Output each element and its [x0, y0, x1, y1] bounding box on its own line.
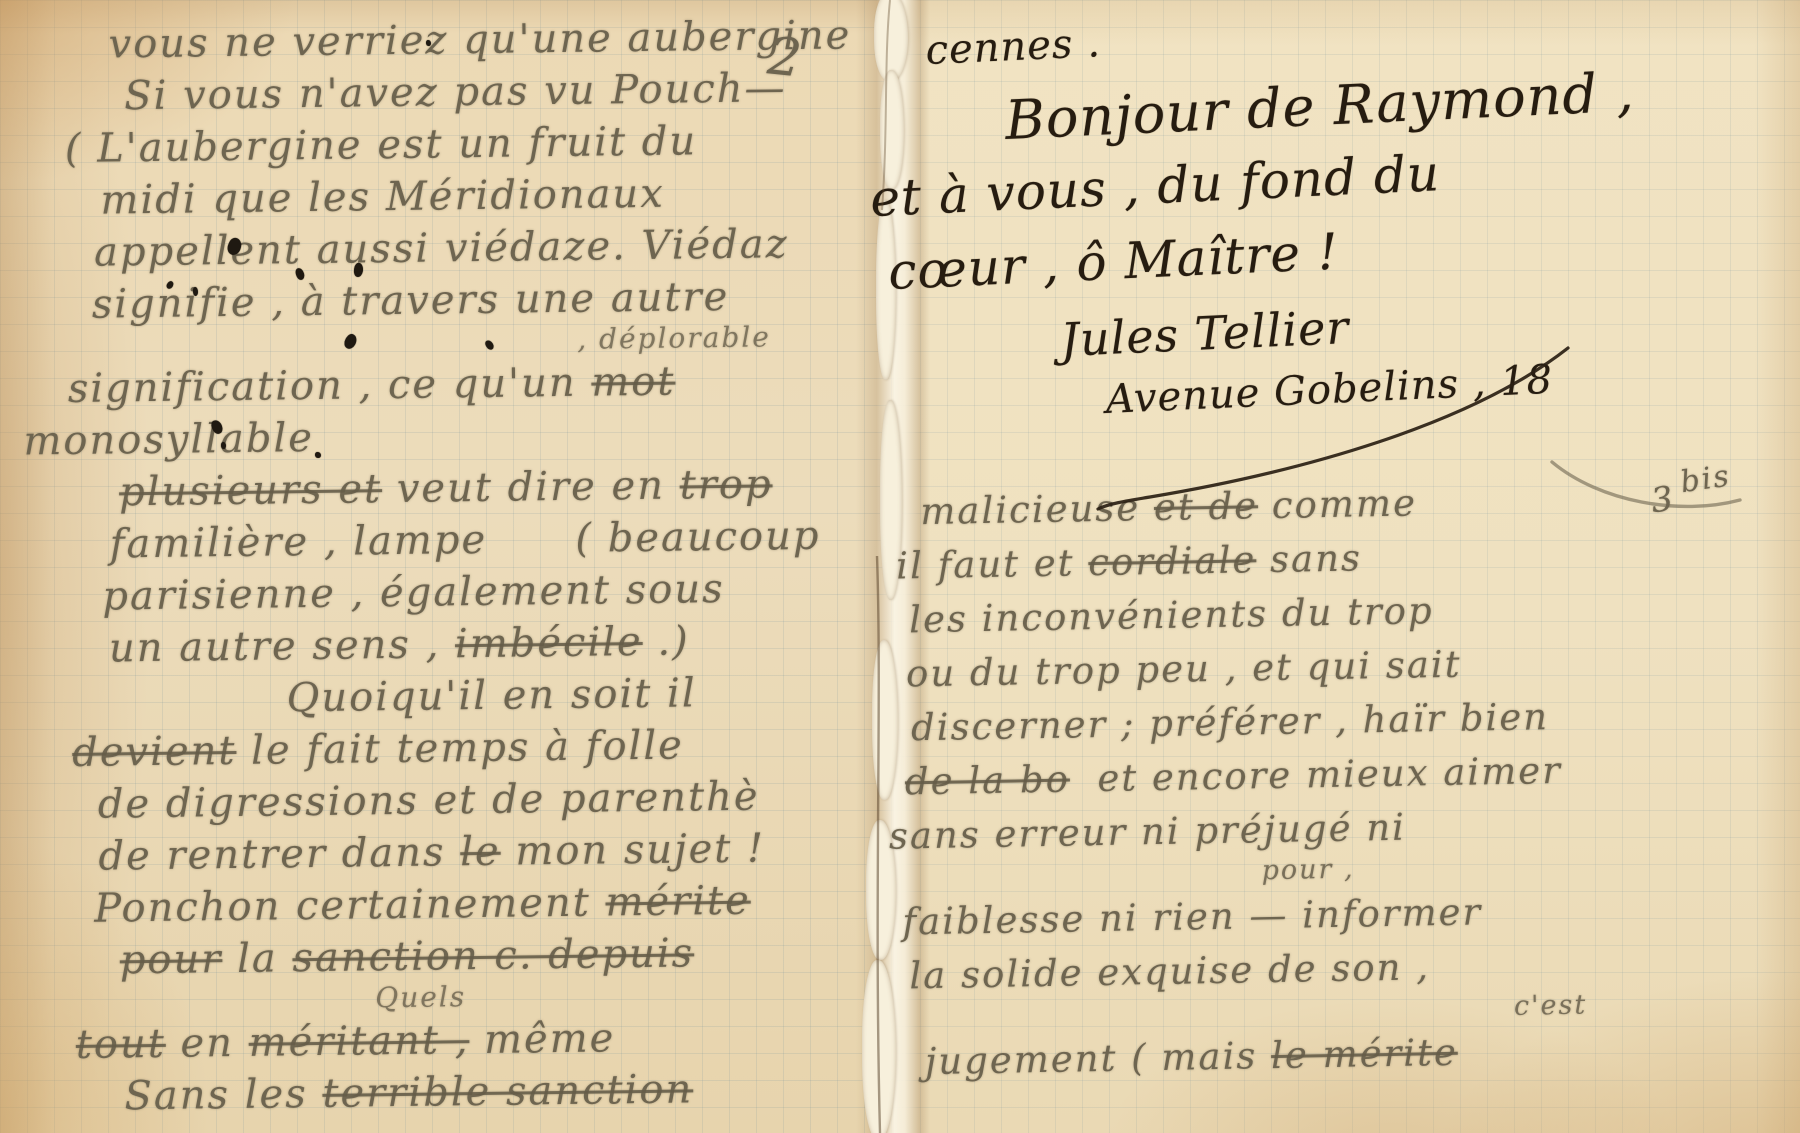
manuscript-line: de rentrer dans le mon sujet ! — [98, 821, 889, 883]
handwritten-text: faiblesse ni rien — informer — [902, 890, 1482, 943]
handwritten-text: monosyllable — [23, 415, 314, 465]
struck-word: plusieurs et — [119, 466, 383, 515]
handwritten-text: il faut et — [896, 541, 1089, 587]
handwritten-text: comme — [1258, 481, 1418, 527]
handwritten-text: veut dire en — [382, 463, 680, 513]
handwritten-text: en — [166, 1020, 249, 1067]
struck-word: terrible sanction — [322, 1066, 693, 1117]
left-page-text: vous ne verriez qu'une aubergineSi vous … — [63, 9, 891, 1123]
handwritten-text: familière , lampe ( beaucoup — [109, 513, 820, 568]
handwritten-text: .) — [642, 618, 690, 665]
handwritten-text: , déplorable — [577, 320, 771, 355]
manuscript-spread: vous ne verriez qu'une aubergineSi vous … — [0, 0, 1800, 1133]
handwritten-text: Quels — [375, 980, 466, 1014]
struck-word: le mérite — [1271, 1031, 1458, 1077]
right-page-pencil-text: malicieuse et de commeil faut et cordial… — [895, 471, 1765, 1090]
handwritten-text: appellent aussi viédaze. Viédaz — [94, 221, 789, 275]
manuscript-line: parisienne , également sous — [102, 561, 886, 623]
handwritten-text: un autre sens , — [109, 621, 456, 671]
manuscript-line: un autre sens , imbécile .) — [109, 613, 887, 674]
handwritten-text: mon sujet ! — [500, 826, 765, 875]
page-number: 2 — [765, 26, 806, 89]
manuscript-line: midi que les Méridionaux — [100, 165, 881, 227]
ink-speck — [315, 452, 321, 458]
handwritten-text: le fait temps à folle — [236, 722, 684, 773]
struck-word: devient — [72, 728, 237, 776]
handwritten-text: signifie , à travers une autre — [91, 274, 729, 328]
struck-word: et de — [1154, 484, 1259, 529]
ink-speck — [193, 287, 198, 296]
manuscript-line: Quels — [375, 977, 890, 1015]
handwritten-text: de rentrer dans — [98, 829, 460, 879]
handwritten-text: malicieuse — [920, 486, 1154, 533]
struck-word: cordiale — [1088, 538, 1257, 584]
right-page-ink-text: cennes .Bonjour de Raymond ,et à vous , … — [872, 22, 1772, 428]
struck-word: pour — [120, 936, 223, 983]
struck-word: méritant , — [248, 1017, 469, 1066]
manuscript-line: Sans les terrible sanction — [124, 1061, 892, 1122]
struck-word: imbécile — [455, 619, 643, 667]
handwritten-text: ou du trop peu , et qui sait — [906, 643, 1462, 696]
handwritten-text: parisienne , également sous — [102, 566, 725, 620]
handwritten-text: discerner ; préférer , haïr bien — [911, 695, 1550, 749]
handwritten-text: signification , ce qu'un — [68, 360, 592, 412]
ink-speck — [221, 442, 226, 449]
manuscript-line: vous ne verriez qu'une aubergine — [108, 9, 879, 70]
struck-word: de la bo — [905, 758, 1071, 804]
manuscript-line: appellent aussi viédaze. Viédaz — [94, 217, 882, 279]
handwritten-text: vous ne verriez qu'une aubergine — [108, 12, 851, 67]
struck-word: mot — [591, 359, 676, 406]
struck-word: trop — [679, 461, 772, 508]
handwritten-text: Jules Tellier — [1059, 300, 1350, 367]
manuscript-line: de digressions et de parenthè — [98, 769, 889, 831]
handwritten-text: c'est — [1514, 990, 1588, 1022]
handwritten-text: Sans les — [124, 1071, 323, 1119]
manuscript-line: Ponchon certainement mérite — [94, 873, 890, 935]
struck-word: sanction c. depuis — [292, 930, 694, 981]
manuscript-line: , déplorable — [577, 321, 882, 357]
handwritten-text: la — [222, 935, 293, 982]
handwritten-text: et encore mieux aimer — [1070, 749, 1563, 801]
handwritten-text: sans erreur ni préjugé ni — [889, 806, 1407, 858]
handwritten-text: Quoiqu'il en soit il — [286, 670, 697, 721]
handwritten-text: cennes . — [925, 20, 1102, 74]
handwritten-text: les inconvénients du trop — [909, 589, 1434, 641]
manuscript-line: c'est — [1514, 988, 1765, 1024]
manuscript-line: Quoiqu'il en soit il — [286, 665, 887, 724]
handwritten-text: pour , — [1261, 854, 1355, 887]
struck-word: mérite — [605, 878, 751, 926]
handwritten-text: ( L'aubergine est un fruit du — [65, 118, 698, 172]
handwritten-text: cœur , ô Maître ! — [887, 223, 1340, 301]
handwritten-text: jugement ( mais — [924, 1034, 1271, 1083]
handwritten-text: la solide exquise de son , — [909, 945, 1430, 997]
ink-speck — [426, 40, 431, 46]
manuscript-line: plusieurs et veut dire en trop — [119, 457, 885, 518]
struck-word: tout — [76, 1021, 167, 1068]
handwritten-text: sans — [1256, 536, 1362, 581]
handwritten-text: de digressions et de parenthè — [98, 774, 760, 828]
manuscript-line: pour la sanction c. depuis — [119, 925, 890, 986]
handwritten-text: midi que les Méridionaux — [100, 171, 665, 224]
struck-word: le — [460, 829, 501, 875]
manuscript-line: familière , lampe ( beaucoup — [109, 509, 885, 570]
handwritten-text: Ponchon certainement — [94, 879, 606, 931]
handwritten-text: même — [469, 1015, 615, 1063]
handwritten-text: Si vous n'avez pas vu Pouch— — [124, 65, 787, 119]
